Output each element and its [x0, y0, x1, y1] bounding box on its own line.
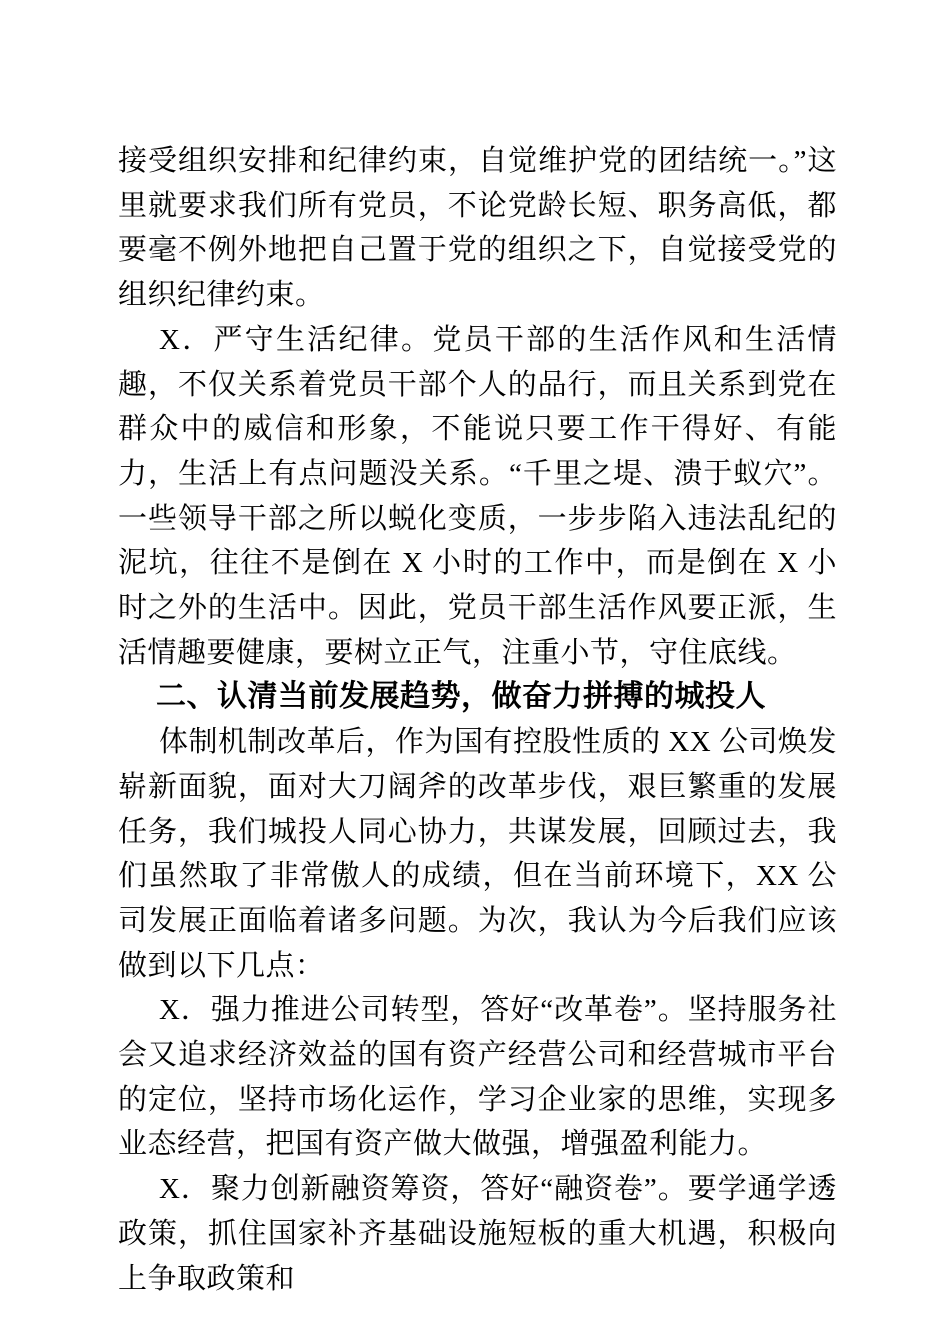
paragraph-company-transformation: X．强力推进公司转型，答好“改革卷”。坚持服务社会又追求经济效益的国有资产经营公…: [118, 988, 837, 1167]
paragraph-reform-overview: 体制机制改革后，作为国有控股性质的 XX 公司焕发崭新面貌，面对大刀阔斧的改革步…: [118, 720, 837, 988]
paragraph-life-discipline: X．严守生活纪律。党员干部的生活作风和生活情趣，不仅关系着党员干部个人的品行，而…: [118, 318, 837, 676]
section-heading-development-trend: 二、认清当前发展趋势，做奋力拼搏的城投人: [118, 675, 837, 720]
paragraph-organization-discipline: 接受组织安排和纪律约束，自觉维护党的团结统一。”这里就要求我们所有党员，不论党龄…: [118, 139, 837, 318]
paragraph-financing-innovation: X．聚力创新融资筹资，答好“融资卷”。要学通学透政策，抓住国家补齐基础设施短板的…: [118, 1167, 837, 1301]
document-page: 接受组织安排和纪律约束，自觉维护党的团结统一。”这里就要求我们所有党员，不论党龄…: [0, 0, 950, 1344]
document-text-block: 接受组织安排和纪律约束，自觉维护党的团结统一。”这里就要求我们所有党员，不论党龄…: [118, 139, 837, 1301]
